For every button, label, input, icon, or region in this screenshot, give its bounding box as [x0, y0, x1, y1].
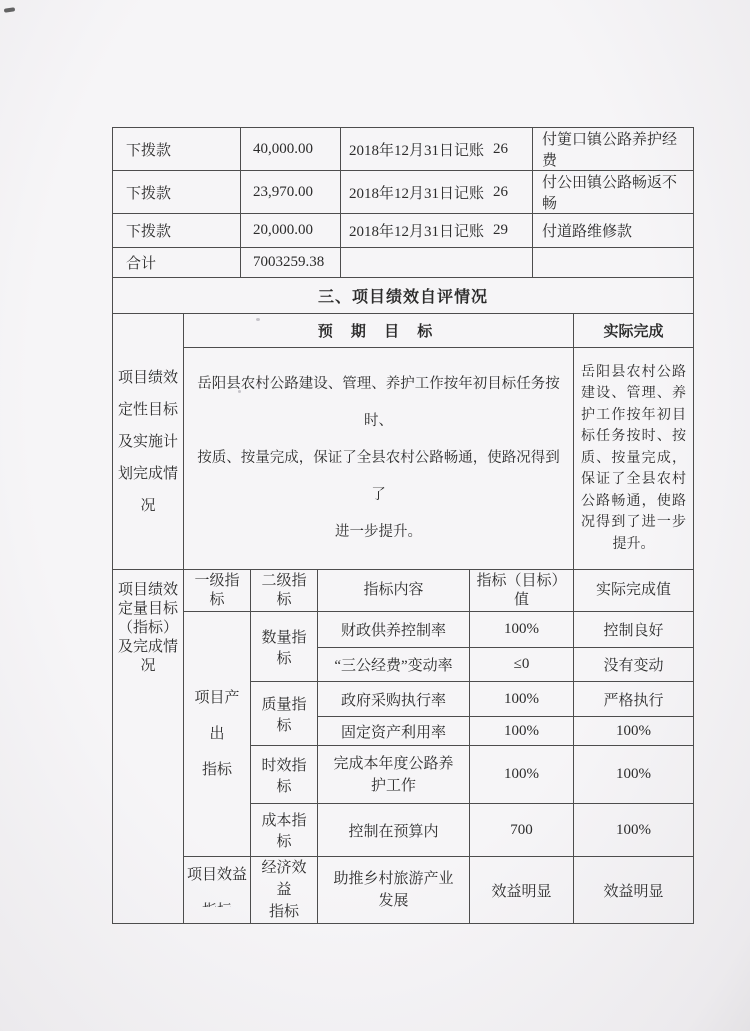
indicator-content-cell: 完成本年度公路养护工作 [318, 746, 470, 804]
level2-time-indicator: 时效指标 [251, 746, 318, 804]
payment-date-cell: 2018年12月31日记账 26 [341, 171, 533, 214]
indicator-target-cell: 700 [470, 804, 574, 857]
expected-goal-header: 预 期 目 标 [184, 314, 574, 348]
level2-cost-indicator: 成本指标 [251, 804, 318, 857]
level1-benefit-indicator: 项目效益 指标 [184, 857, 251, 924]
level2-quantity-indicator: 数量指标 [251, 612, 318, 682]
indicator-actual-cell: 100% [574, 804, 694, 857]
payment-date: 2018年12月31日记账 [349, 139, 484, 160]
qualitative-row-label: 项目绩效 定性目标 及实施计 划完成情 况 [113, 314, 184, 570]
scanned-page: 下拨款 40,000.00 2018年12月31日记账 26 付筻口镇公路养护经… [0, 0, 750, 1031]
payment-voucher-no: 26 [493, 141, 508, 158]
section-title-row: 三、项目绩效自评情况 [112, 277, 694, 314]
level2-quality-indicator: 质量指标 [251, 682, 318, 746]
indicator-row: 项目产出 指标 数量指标 财政供养控制率 100% 控制良好 [113, 612, 694, 648]
expected-goal-text: 岳阳县农村公路建设、管理、养护工作按年初目标任务按时、 按质、按量完成，保证了全… [184, 348, 574, 570]
payment-row: 下拨款 20,000.00 2018年12月31日记账 29 付道路维修款 [113, 214, 694, 248]
quantitative-table: 项目绩效 定量目标 （指标） 及完成情 况 一级指标 二级指标 指标内容 指标（… [112, 569, 694, 924]
indicator-target-cell: ≤0 [470, 648, 574, 682]
payment-type-cell: 下拨款 [113, 171, 241, 214]
quantitative-row-label: 项目绩效 定量目标 （指标） 及完成情 况 [113, 570, 184, 924]
level1-output-indicator: 项目产出 指标 [184, 612, 251, 857]
performance-report-table: 下拨款 40,000.00 2018年12月31日记账 26 付筻口镇公路养护经… [112, 127, 693, 924]
actual-completion-text: 岳阳县农村公路建设、管理、养护工作按年初目标任务按时、按质、按量完成，保证了全县… [574, 348, 694, 570]
indicator-actual-cell: 100% [574, 717, 694, 746]
payment-total-row: 合计 7003259.38 [113, 248, 694, 278]
total-label-cell: 合计 [113, 248, 241, 278]
payment-row: 下拨款 40,000.00 2018年12月31日记账 26 付筻口镇公路养护经… [113, 128, 694, 171]
payment-amount-cell: 40,000.00 [241, 128, 341, 171]
indicator-target-cell: 100% [470, 612, 574, 648]
header-actual-value: 实际完成值 [574, 570, 694, 612]
qualitative-content-row: 岳阳县农村公路建设、管理、养护工作按年初目标任务按时、 按质、按量完成，保证了全… [113, 348, 694, 570]
header-level2: 二级指标 [251, 570, 318, 612]
indicator-content-cell: 财政供养控制率 [318, 612, 470, 648]
empty-cell [533, 248, 694, 278]
payment-amount-cell: 23,970.00 [241, 171, 341, 214]
quantitative-header-row: 项目绩效 定量目标 （指标） 及完成情 况 一级指标 二级指标 指标内容 指标（… [113, 570, 694, 612]
indicator-actual-cell: 没有变动 [574, 648, 694, 682]
payment-row: 下拨款 23,970.00 2018年12月31日记账 26 付公田镇公路畅返不… [113, 171, 694, 214]
indicator-content-cell: 政府采购执行率 [318, 682, 470, 717]
payment-type-cell: 下拨款 [113, 214, 241, 248]
indicator-target-cell: 100% [470, 682, 574, 717]
scan-artifact-mark [4, 7, 15, 12]
indicator-content-cell: 助推乡村旅游产业发展 [318, 857, 470, 924]
indicator-actual-cell: 控制良好 [574, 612, 694, 648]
empty-cell [341, 248, 533, 278]
payment-date: 2018年12月31日记账 [349, 182, 484, 203]
payment-desc-cell: 付公田镇公路畅返不畅 [533, 171, 694, 214]
payment-voucher-no: 26 [493, 184, 508, 201]
indicator-actual-cell: 严格执行 [574, 682, 694, 717]
payment-amount-cell: 20,000.00 [241, 214, 341, 248]
payment-desc-cell: 付道路维修款 [533, 214, 694, 248]
indicator-actual-cell: 100% [574, 746, 694, 804]
header-level1: 一级指标 [184, 570, 251, 612]
header-target-value: 指标（目标） 值 [470, 570, 574, 612]
qualitative-header-row: 项目绩效 定性目标 及实施计 划完成情 况 预 期 目 标 实际完成 [113, 314, 694, 348]
total-amount-cell: 7003259.38 [241, 248, 341, 278]
qualitative-table: 项目绩效 定性目标 及实施计 划完成情 况 预 期 目 标 实际完成 岳阳县农村… [112, 313, 694, 570]
payment-date: 2018年12月31日记账 [349, 220, 484, 241]
section-title: 三、项目绩效自评情况 [113, 278, 694, 314]
payment-date-cell: 2018年12月31日记账 26 [341, 128, 533, 171]
indicator-actual-cell: 效益明显 [574, 857, 694, 924]
indicator-target-cell: 100% [470, 717, 574, 746]
level2-economic-benefit-indicator: 经济效益 指标 [251, 857, 318, 924]
payment-desc-cell: 付筻口镇公路养护经费 [533, 128, 694, 171]
payments-table: 下拨款 40,000.00 2018年12月31日记账 26 付筻口镇公路养护经… [112, 127, 694, 278]
indicator-target-cell: 100% [470, 746, 574, 804]
header-content: 指标内容 [318, 570, 470, 612]
indicator-content-cell: 固定资产利用率 [318, 717, 470, 746]
payment-voucher-no: 29 [493, 222, 508, 239]
actual-completion-header: 实际完成 [574, 314, 694, 348]
payment-date-cell: 2018年12月31日记账 29 [341, 214, 533, 248]
indicator-target-cell: 效益明显 [470, 857, 574, 924]
indicator-row: 项目效益 指标 经济效益 指标 助推乡村旅游产业发展 效益明显 效益明显 [113, 857, 694, 924]
payment-type-cell: 下拨款 [113, 128, 241, 171]
indicator-content-cell: “三公经费”变动率 [318, 648, 470, 682]
indicator-content-cell: 控制在预算内 [318, 804, 470, 857]
